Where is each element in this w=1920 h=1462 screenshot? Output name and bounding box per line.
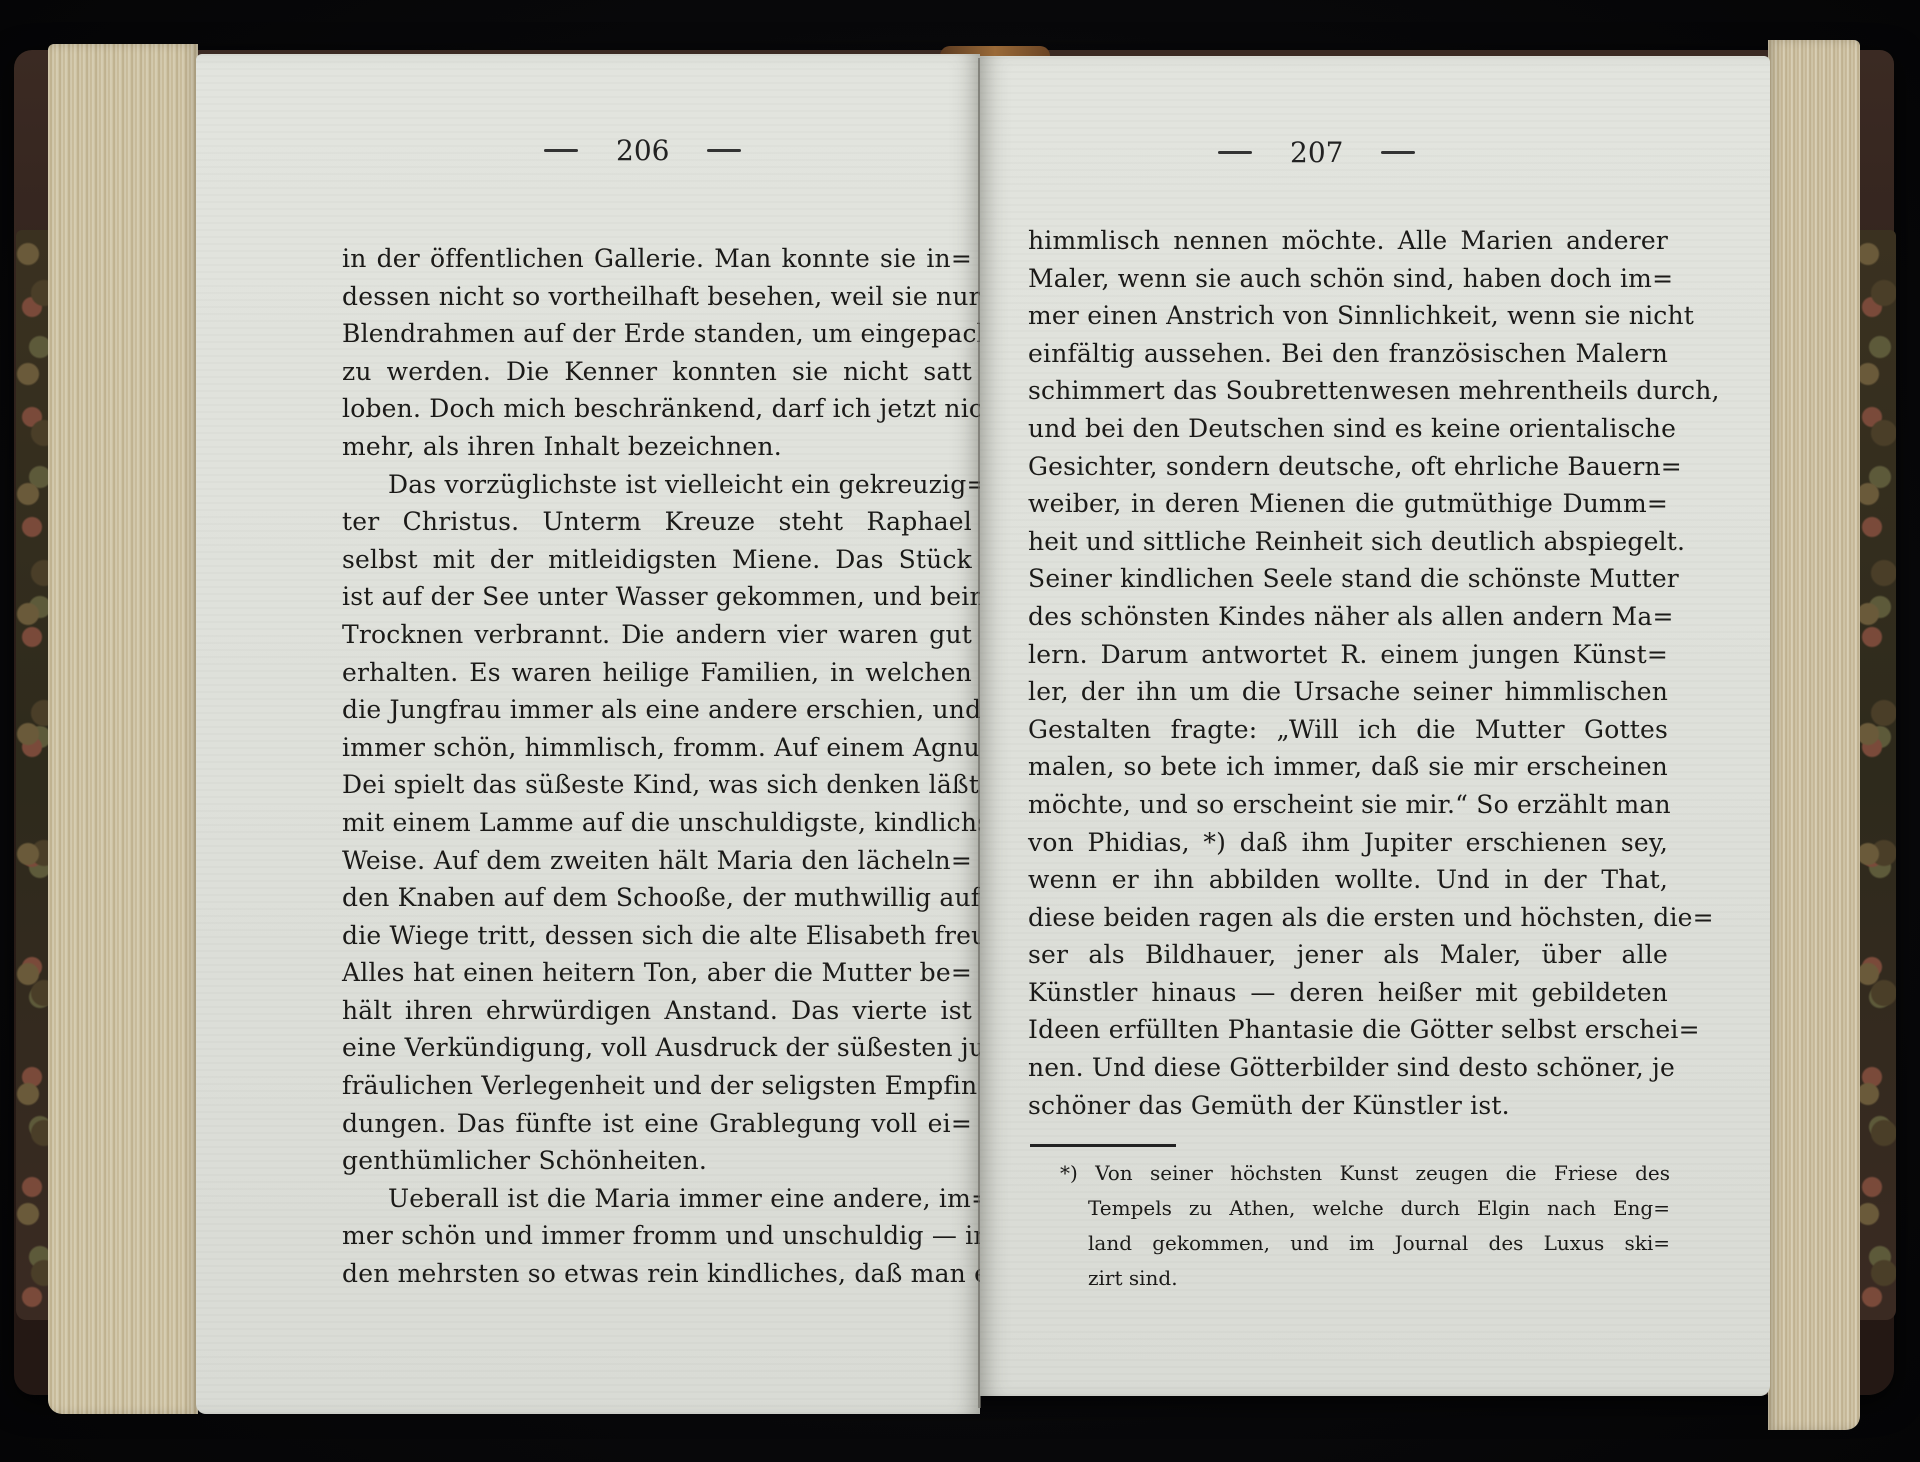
text-line: ist auf der See unter Wasser gekommen, u… xyxy=(342,578,972,616)
text-line: die Jungfrau immer als eine andere ersch… xyxy=(342,691,972,729)
paragraph-start-line: Das vorzüglichste ist vielleicht ein gek… xyxy=(342,466,972,504)
text-line: dessen nicht so vortheilhaft besehen, we… xyxy=(342,278,972,316)
book-photo: 206 in der öffentlichen Gallerie. Man ko… xyxy=(0,0,1920,1462)
marbled-board-right xyxy=(1856,230,1896,1320)
footnote-line: *) Von seiner höchsten Kunst zeugen die … xyxy=(1060,1156,1670,1191)
text-line: den Knaben auf dem Schooße, der muthwill… xyxy=(342,879,972,917)
footnote: *) Von seiner höchsten Kunst zeugen die … xyxy=(1060,1156,1670,1296)
text-line: mer einen Anstrich von Sinnlichkeit, wen… xyxy=(1028,297,1668,335)
text-line: ler, der ihn um die Ursache seiner himml… xyxy=(1028,673,1668,711)
text-line: lern. Darum antwortet R. einem jungen Kü… xyxy=(1028,636,1668,674)
left-page: 206 in der öffentlichen Gallerie. Man ko… xyxy=(196,54,980,1414)
text-line: nen. Und diese Götterbilder sind desto s… xyxy=(1028,1049,1668,1087)
text-line: eine Verkündigung, voll Ausdruck der süß… xyxy=(342,1029,972,1067)
page-edges-right xyxy=(1768,40,1860,1430)
text-line: himmlisch nennen möchte. Alle Marien and… xyxy=(1028,222,1668,260)
text-line: zu werden. Die Kenner konnten sie nicht … xyxy=(342,353,972,391)
text-line: loben. Doch mich beschränkend, darf ich … xyxy=(342,390,972,428)
text-line: ter Christus. Unterm Kreuze steht Raphae… xyxy=(342,503,972,541)
text-line: des schönsten Kindes näher als allen and… xyxy=(1028,598,1668,636)
header-dash xyxy=(707,149,741,152)
text-line: schöner das Gemüth der Künstler ist. xyxy=(1028,1087,1668,1125)
footnote-line: Tempels zu Athen, welche durch Elgin nac… xyxy=(1060,1191,1670,1226)
text-line: Maler, wenn sie auch schön sind, haben d… xyxy=(1028,260,1668,298)
header-dash xyxy=(544,149,578,152)
footnote-rule xyxy=(1030,1144,1176,1147)
text-line: Gestalten fragte: „Will ich die Mutter G… xyxy=(1028,711,1668,749)
text-line: dungen. Das fünfte ist eine Grablegung v… xyxy=(342,1105,972,1143)
text-line: diese beiden ragen als die ersten und hö… xyxy=(1028,899,1668,937)
header-dash xyxy=(1218,151,1252,154)
text-line: hält ihren ehrwürdigen Anstand. Das vier… xyxy=(342,992,972,1030)
text-line: und bei den Deutschen sind es keine orie… xyxy=(1028,410,1668,448)
text-line: von Phidias, *) daß ihm Jupiter erschien… xyxy=(1028,824,1668,862)
text-line: in der öffentlichen Gallerie. Man konnte… xyxy=(342,240,972,278)
text-line: Ideen erfüllten Phantasie die Götter sel… xyxy=(1028,1011,1668,1049)
body-text-right: himmlisch nennen möchte. Alle Marien and… xyxy=(1028,222,1668,1124)
text-line: fräulichen Verlegenheit und der seligste… xyxy=(342,1067,972,1105)
text-line: Dei spielt das süßeste Kind, was sich de… xyxy=(342,766,972,804)
text-line: weiber, in deren Mienen die gutmüthige D… xyxy=(1028,485,1668,523)
text-line: Künstler hinaus — deren heißer mit gebil… xyxy=(1028,974,1668,1012)
text-line: Alles hat einen heitern Ton, aber die Mu… xyxy=(342,954,972,992)
text-line: Trocknen verbrannt. Die andern vier ware… xyxy=(342,616,972,654)
text-line: erhalten. Es waren heilige Familien, in … xyxy=(342,654,972,692)
text-line: mit einem Lamme auf die unschuldigste, k… xyxy=(342,804,972,842)
text-line: mehr, als ihren Inhalt bezeichnen. xyxy=(342,428,972,466)
footnote-line: land gekommen, und im Journal des Luxus … xyxy=(1060,1226,1670,1261)
text-line: einfältig aussehen. Bei den französische… xyxy=(1028,335,1668,373)
text-line: Weise. Auf dem zweiten hält Maria den lä… xyxy=(342,842,972,880)
text-line: schimmert das Soubrettenwesen mehrenthei… xyxy=(1028,372,1668,410)
header-dash xyxy=(1381,151,1415,154)
text-line: genthümlicher Schönheiten. xyxy=(342,1142,972,1180)
text-line: malen, so bete ich immer, daß sie mir er… xyxy=(1028,748,1668,786)
text-line: möchte, und so erscheint sie mir.“ So er… xyxy=(1028,786,1668,824)
text-line: ser als Bildhauer, jener als Maler, über… xyxy=(1028,936,1668,974)
text-line: Gesichter, sondern deutsche, oft ehrlich… xyxy=(1028,448,1668,486)
text-line: selbst mit der mitleidigsten Miene. Das … xyxy=(342,541,972,579)
page-header-right: 207 xyxy=(1218,136,1415,169)
text-line: die Wiege tritt, dessen sich die alte El… xyxy=(342,917,972,955)
page-number-right: 207 xyxy=(1290,136,1343,169)
text-line: immer schön, himmlisch, fromm. Auf einem… xyxy=(342,729,972,767)
text-line: heit und sittliche Reinheit sich deutlic… xyxy=(1028,523,1668,561)
text-line: den mehrsten so etwas rein kindliches, d… xyxy=(342,1255,972,1293)
page-number-left: 206 xyxy=(616,134,669,167)
footnote-line: zirt sind. xyxy=(1060,1261,1670,1296)
text-line: wenn er ihn abbilden wollte. Und in der … xyxy=(1028,861,1668,899)
page-header-left: 206 xyxy=(544,134,741,167)
text-line: Seiner kindlichen Seele stand die schöns… xyxy=(1028,560,1668,598)
text-line: mer schön und immer fromm und unschuldig… xyxy=(342,1217,972,1255)
body-text-left: in der öffentlichen Gallerie. Man konnte… xyxy=(342,240,972,1293)
page-edges-left xyxy=(48,44,198,1414)
right-page: 207 himmlisch nennen möchte. Alle Marien… xyxy=(980,56,1770,1396)
paragraph-start-line: Ueberall ist die Maria immer eine andere… xyxy=(342,1180,972,1218)
text-line: Blendrahmen auf der Erde standen, um ein… xyxy=(342,315,972,353)
